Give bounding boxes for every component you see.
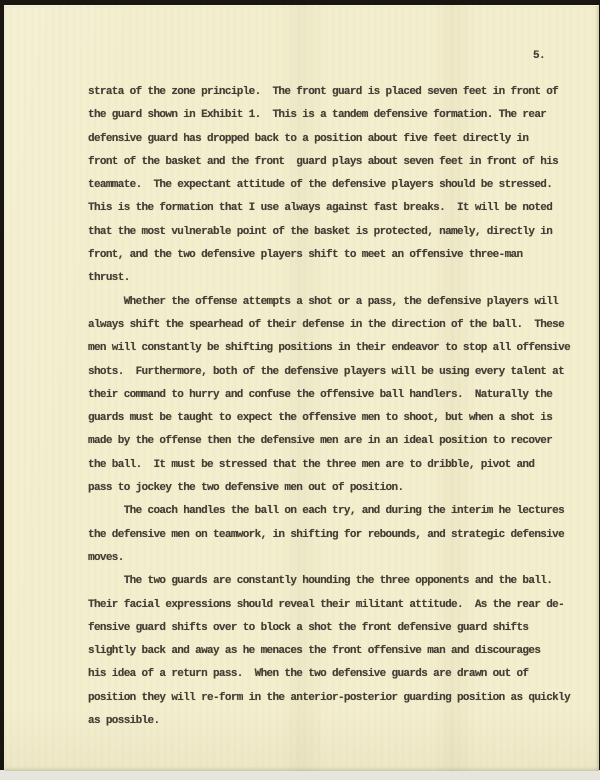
text-line: defensive guard has dropped back to a po… (88, 128, 580, 151)
text-line: slightly back and away as he menaces the… (88, 640, 580, 663)
page-number: 5. (533, 50, 545, 62)
text-line: thrust. (88, 267, 580, 290)
text-line: Whether the offense attempts a shot or a… (88, 291, 580, 314)
text-line: always shift the spearhead of their defe… (88, 314, 580, 337)
text-line: shots. Furthermore, both of the defensiv… (88, 361, 580, 384)
text-line: position they will re-form in the anteri… (88, 687, 580, 710)
text-line: guards must be taught to expect the offe… (88, 407, 580, 430)
text-line: Their facial expressions should reveal t… (88, 594, 580, 617)
text-line: the guard shown in Exhibit 1. This is a … (88, 104, 580, 127)
text-line: as possible. (88, 710, 580, 733)
text-line: teammate. The expectant attitude of the … (88, 174, 580, 197)
text-line: strata of the zone principle. The front … (88, 81, 580, 104)
text-line: This is the formation that I use always … (88, 197, 580, 220)
text-line: front, and the two defensive players shi… (88, 244, 580, 267)
document-text: strata of the zone principle. The front … (88, 81, 580, 733)
text-line: moves. (88, 547, 580, 570)
text-line: pass to jockey the two defensive men out… (88, 477, 580, 500)
text-line: The two guards are constantly hounding t… (88, 570, 580, 593)
text-line: The coach handles the ball on each try, … (88, 500, 580, 523)
text-line: the defensive men on teamwork, in shifti… (88, 524, 580, 547)
text-line: fensive guard shifts over to block a sho… (88, 617, 580, 640)
text-line: the ball. It must be stressed that the t… (88, 454, 580, 477)
text-line: men will constantly be shifting position… (88, 337, 580, 360)
paper-sheet: 5. strata of the zone principle. The fro… (4, 5, 599, 771)
text-line: made by the offense then the defensive m… (88, 430, 580, 453)
text-line: his idea of a return pass. When the two … (88, 663, 580, 686)
text-line: front of the basket and the front guard … (88, 151, 580, 174)
text-line: that the most vulnerable point of the ba… (88, 221, 580, 244)
scanned-page: 5. strata of the zone principle. The fro… (0, 0, 600, 780)
text-line: their command to hurry and confuse the o… (88, 384, 580, 407)
scan-backing-strip (0, 770, 600, 780)
